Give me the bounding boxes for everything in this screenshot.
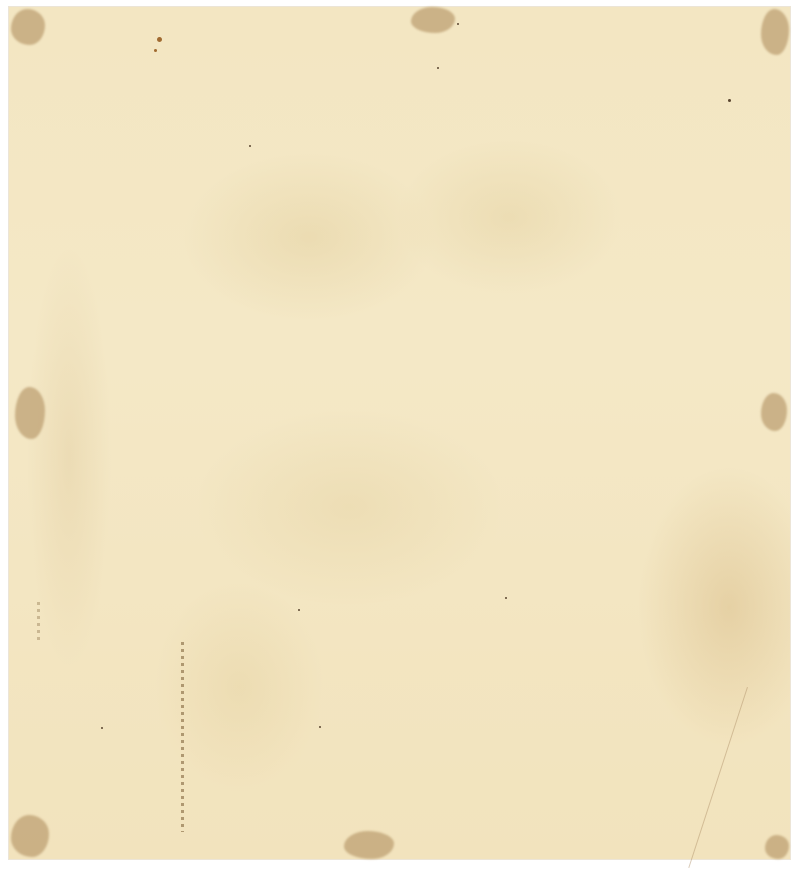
stain-left-middle [15, 387, 45, 439]
speck [728, 99, 731, 102]
stain-bottom-left [11, 815, 49, 857]
speck [319, 726, 321, 728]
speck [298, 609, 300, 611]
speck [505, 597, 507, 599]
paper-crease [688, 687, 748, 868]
stain-top-right [761, 9, 789, 55]
speck [457, 23, 459, 25]
stain-bottom-right [765, 835, 789, 859]
aged-paper-sheet [9, 7, 790, 859]
ink-streak [37, 602, 40, 642]
ink-streak [181, 642, 184, 832]
stain-top-center [411, 7, 455, 33]
speck [101, 727, 103, 729]
stain-right-middle [761, 393, 787, 431]
rust-speck [154, 49, 157, 52]
speck [437, 67, 439, 69]
canvas [0, 0, 800, 869]
stain-top-left [11, 9, 45, 45]
rust-speck [157, 37, 162, 42]
stain-bottom-center [344, 831, 394, 859]
speck [249, 145, 251, 147]
